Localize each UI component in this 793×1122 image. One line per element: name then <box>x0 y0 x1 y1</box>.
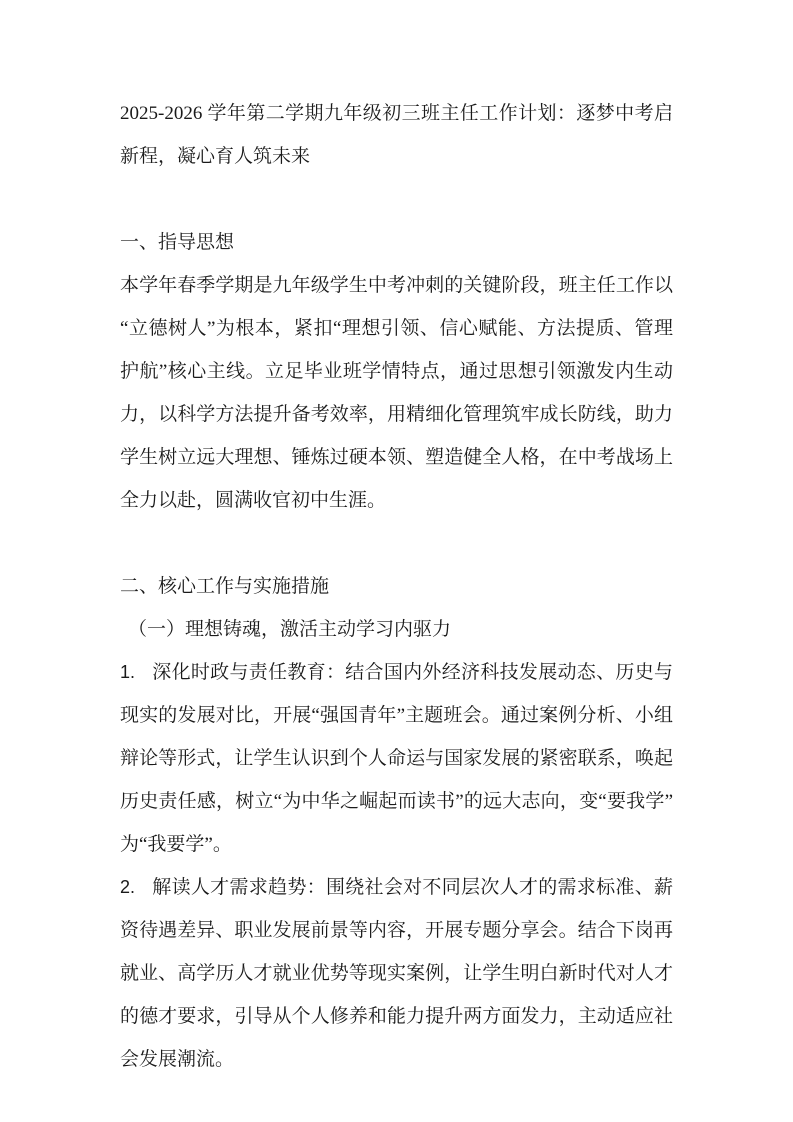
section-1-paragraph: 本学年春季学期是九年级学生中考冲刺的关键阶段，班主任工作以“立德树人”为根本，紧… <box>120 264 673 522</box>
section-2-subheading: （一）理想铸魂，激活主动学习内驱力 <box>120 608 673 651</box>
list-item-1: 1.深化时政与责任教育：结合国内外经济科技发展动态、历史与现实的发展对比，开展“… <box>120 651 673 866</box>
document-title: 2025-2026 学年第二学期九年级初三班主任工作计划：逐梦中考启新程，凝心育… <box>120 92 673 178</box>
list-item-2-text: 解读人才需求趋势：围绕社会对不同层次人才的需求标准、薪资待遇差异、职业发展前景等… <box>120 877 673 1070</box>
list-item-2: 2.解读人才需求趋势：围绕社会对不同层次人才的需求标准、薪资待遇差异、职业发展前… <box>120 866 673 1081</box>
list-item-1-text: 深化时政与责任教育：结合国内外经济科技发展动态、历史与现实的发展对比，开展“强国… <box>120 662 673 855</box>
section-2-heading: 二、核心工作与实施措施 <box>120 565 673 608</box>
list-item-2-number: 2. <box>120 866 152 909</box>
document-page: 2025-2026 学年第二学期九年级初三班主任工作计划：逐梦中考启新程，凝心育… <box>0 0 793 1122</box>
section-1-heading: 一、指导思想 <box>120 221 673 264</box>
list-item-1-number: 1. <box>120 651 152 694</box>
